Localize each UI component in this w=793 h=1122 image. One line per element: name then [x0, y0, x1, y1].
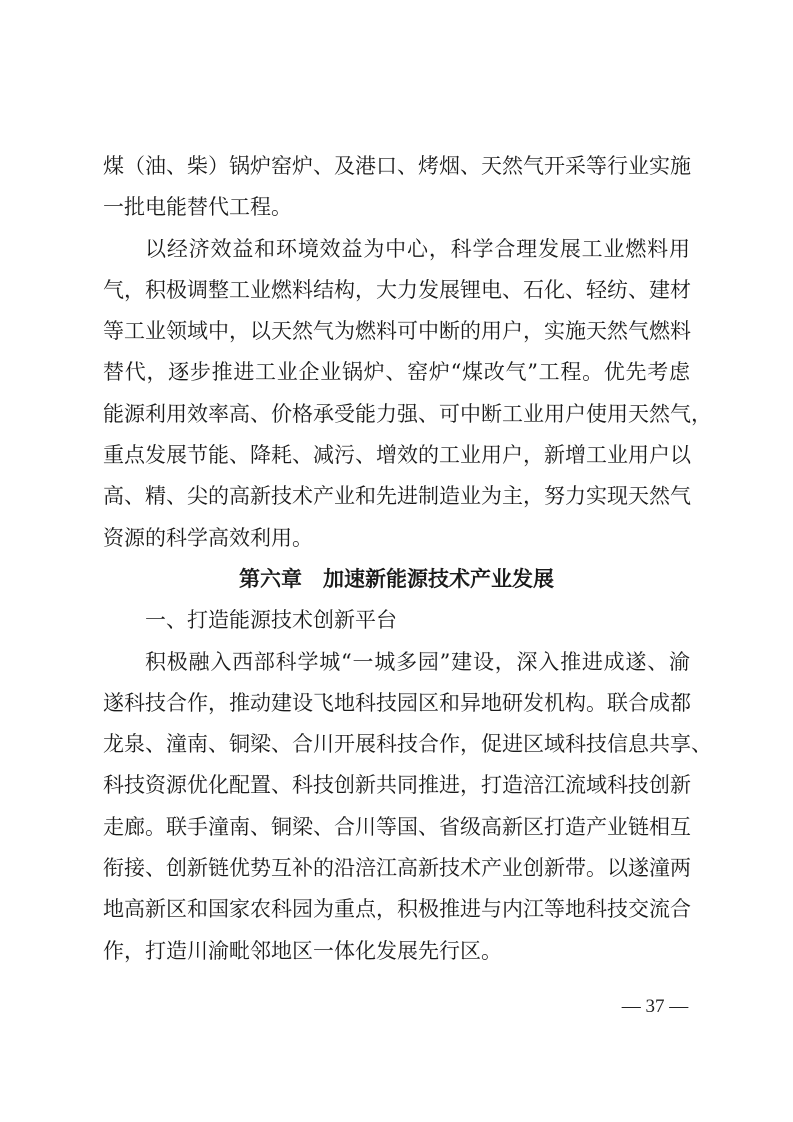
paragraph-line: 作，打造川渝毗邻地区一体化发展先行区。	[103, 931, 690, 972]
chapter-heading: 第六章 加速新能源技术产业发展	[103, 559, 690, 600]
document-page: 煤（油、柴）锅炉窑炉、及港口、烤烟、天然气开采等行业实施 一批电能替代工程。 以…	[0, 0, 793, 1122]
paragraph-line: 煤（油、柴）锅炉窑炉、及港口、烤烟、天然气开采等行业实施	[103, 146, 690, 187]
paragraph-line: 走廊。联手潼南、铜梁、合川等国、省级高新区打造产业链相互	[103, 807, 690, 848]
paragraph-line: 遂科技合作，推动建设飞地科技园区和异地研发机构。联合成都	[103, 683, 690, 724]
paragraph-line: 气，积极调整工业燃料结构，大力发展锂电、石化、轻纺、建材	[103, 270, 690, 311]
paragraph-line: 能源利用效率高、价格承受能力强、可中断工业用户使用天然气，	[103, 394, 690, 435]
paragraph-line: 一批电能替代工程。	[103, 187, 690, 228]
paragraph-line: 地高新区和国家农科园为重点，积极推进与内江等地科技交流合	[103, 889, 690, 930]
document-body: 煤（油、柴）锅炉窑炉、及港口、烤烟、天然气开采等行业实施 一批电能替代工程。 以…	[103, 146, 690, 972]
paragraph-line: 衔接、创新链优势互补的沿涪江高新技术产业创新带。以遂潼两	[103, 848, 690, 889]
paragraph-line: 科技资源优化配置、科技创新共同推进，打造涪江流域科技创新	[103, 765, 690, 806]
paragraph-line: 替代，逐步推进工业企业锅炉、窑炉“煤改气”工程。优先考虑	[103, 352, 690, 393]
paragraph-line: 等工业领域中，以天然气为燃料可中断的用户，实施天然气燃料	[103, 311, 690, 352]
paragraph-line: 以经济效益和环境效益为中心，科学合理发展工业燃料用	[103, 229, 690, 270]
paragraph-line: 积极融入西部科学城“一城多园”建设，深入推进成遂、渝	[103, 642, 690, 683]
paragraph-line: 龙泉、潼南、铜梁、合川开展科技合作，促进区域科技信息共享、	[103, 724, 690, 765]
page-number: — 37 —	[600, 996, 710, 1018]
paragraph-line: 重点发展节能、降耗、减污、增效的工业用户，新增工业用户以	[103, 435, 690, 476]
paragraph-line: 资源的科学高效利用。	[103, 518, 690, 559]
paragraph-line: 高、精、尖的高新技术产业和先进制造业为主，努力实现天然气	[103, 476, 690, 517]
section-heading: 一、打造能源技术创新平台	[103, 600, 690, 641]
